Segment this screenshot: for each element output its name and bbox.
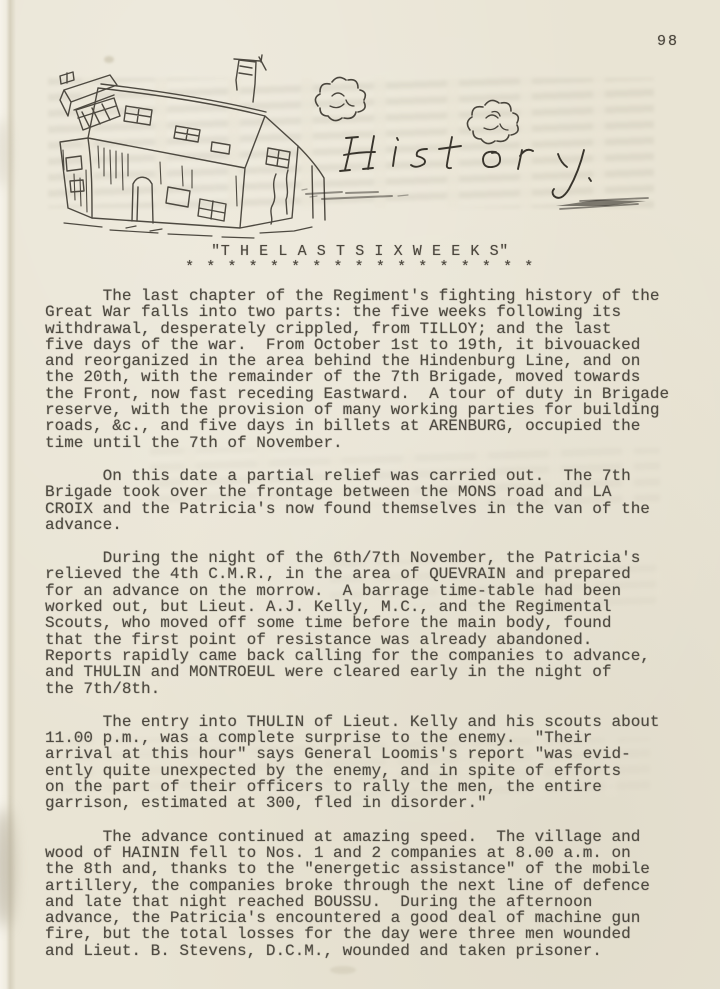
paragraph-1: The last chapter of the Regiment's fight… <box>45 288 697 451</box>
paragraph-4: The entry into THULIN of Lieut. Kelly an… <box>45 714 697 812</box>
title-underline-stars: * * * * * * * * * * * * * * * * * <box>0 260 720 275</box>
page-number: 98 <box>657 33 679 50</box>
section-heading: "T H E L A S T S I X W E E K S" * * * * … <box>0 243 720 275</box>
section-title: "T H E L A S T S I X W E E K S" <box>0 243 720 260</box>
history-handwriting: History <box>340 136 591 198</box>
house-sketch-icon <box>60 55 325 238</box>
smudge-marks <box>302 189 648 209</box>
bush-doodle-icon <box>315 77 365 120</box>
chapter-illustration: History <box>40 50 700 240</box>
body-text: The last chapter of the Regiment's fight… <box>45 288 697 976</box>
paragraph-5: The advance continued at amazing speed. … <box>45 829 697 959</box>
scanned-document-page: 98 History <box>0 0 720 989</box>
paragraph-2: On this date a partial relief was carrie… <box>45 468 697 533</box>
bush-doodle-icon <box>467 100 518 143</box>
paragraph-3: During the night of the 6th/7th November… <box>45 550 697 697</box>
